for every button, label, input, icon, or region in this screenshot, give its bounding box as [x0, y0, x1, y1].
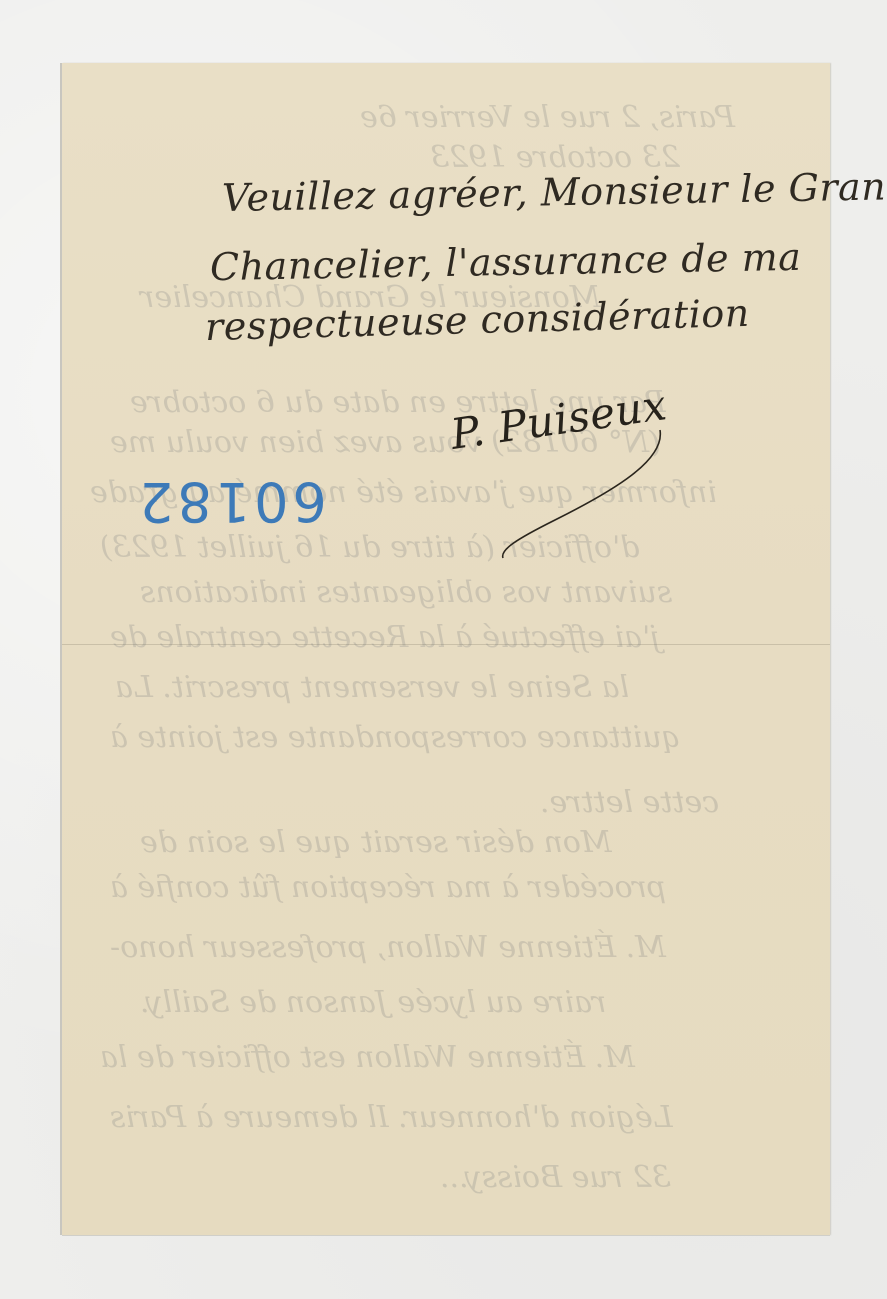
signature-flourish-icon [495, 420, 675, 560]
bleed-line: Légion d'honneur. Il demeure à Paris [110, 1100, 673, 1135]
bleed-line: Mon désir serait que le soin de [140, 825, 612, 860]
bleed-line: M. Étienne Wallon est officier de la [100, 1040, 635, 1075]
bleed-line: Paris, 2 rue le Verrier 6e [360, 100, 735, 135]
bleed-line: M. Étienne Wallon, professeur hono- [110, 930, 666, 965]
bleed-line: j'ai effectué à la Recette centrale de [110, 620, 660, 655]
bleed-line: procéder à ma réception fût confié à [110, 870, 666, 905]
bleed-line: la Seine le versement prescrit. La [115, 670, 629, 705]
bleed-line: 32 rue Boissy... [440, 1160, 671, 1195]
bleed-line: suivant vos obligeantes indications [140, 575, 672, 610]
bleed-line: cette lettre. [540, 785, 719, 820]
bleed-line: raire au lycée Janson de Sailly. [140, 985, 606, 1020]
archive-number: 60182 [135, 470, 327, 533]
bleed-line: quittance correspondante est jointe à [110, 720, 681, 755]
